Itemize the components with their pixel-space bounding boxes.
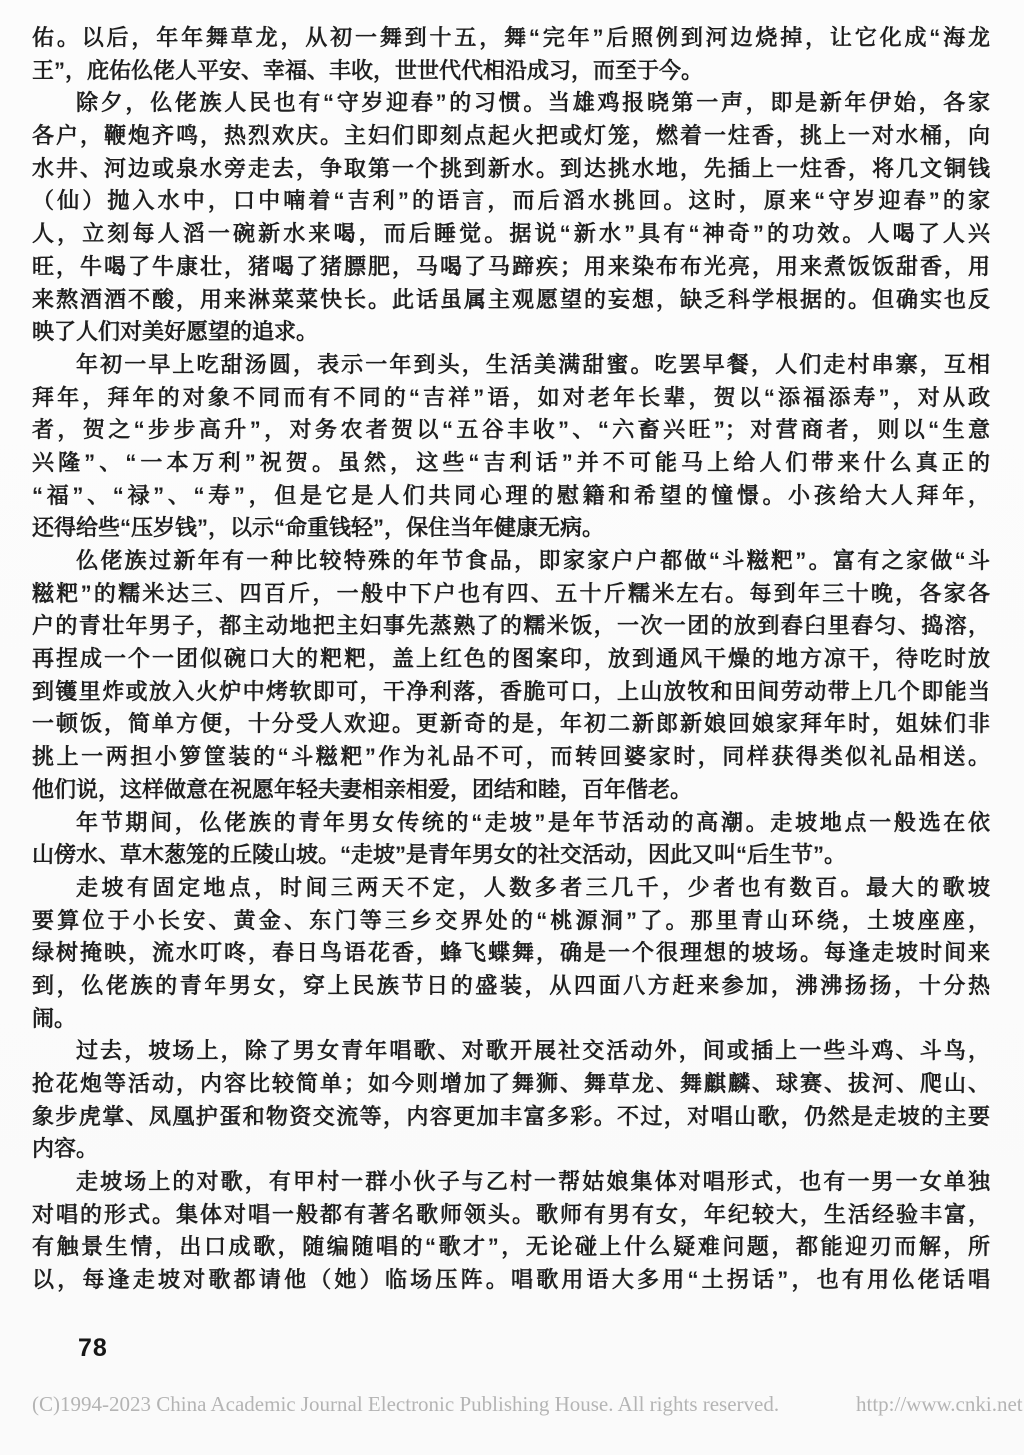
text-line: 过去，坡场上，除了男女青年唱歌、对歌开展社交活动外，间或插上一些斗鸡、斗鸟， bbox=[32, 1035, 990, 1068]
text-line: 还得给些“压岁钱”，以示“命重钱轻”，保住当年健康无病。 bbox=[32, 512, 990, 545]
text-line: 到镬里炸或放入火炉中烤软即可，干净利落，香脆可口，上山放牧和田间劳动带上几个即能… bbox=[32, 676, 990, 709]
text-line: 者，贺之“步步高升”，对务农者贺以“五谷丰收”、“六畜兴旺”；对营商者，则以“生… bbox=[32, 414, 990, 447]
text-line: 人，立刻每人滔一碗新水来喝，而后睡觉。据说“新水”具有“神奇”的功效。人喝了人兴 bbox=[32, 218, 990, 251]
text-line: 各户，鞭炮齐鸣，热烈欢庆。主妇们即刻点起火把或灯笼，燃着一炷香，挑上一对水桶，向 bbox=[32, 120, 990, 153]
text-line: 仫佬族过新年有一种比较特殊的年节食品，即家家户户都做“斗糍粑”。富有之家做“斗 bbox=[32, 545, 990, 578]
text-line: 他们说，这样做意在祝愿年轻夫妻相亲相爱，团结和睦，百年偕老。 bbox=[32, 774, 990, 807]
text-line: 象步虎掌、凤凰护蛋和物资交流等，内容更加丰富多彩。不过，对唱山歌，仍然是走坡的主… bbox=[32, 1101, 990, 1134]
text-line: 年初一早上吃甜汤圆，表示一年到头，生活美满甜蜜。吃罢早餐，人们走村串寨，互相 bbox=[32, 349, 990, 382]
text-line: 来熬酒酒不酸，用来淋菜菜快长。此话虽属主观愿望的妄想，缺乏科学根据的。但确实也反 bbox=[32, 284, 990, 317]
page-body-text: 佑。以后，年年舞草龙，从初一舞到十五，舞“完年”后照例到河边烧掉，让它化成“海龙… bbox=[32, 22, 990, 1297]
text-line: （仙）抛入水中，口中喃着“吉利”的语言，而后滔水挑回。这时，原来“守岁迎春”的家 bbox=[32, 185, 990, 218]
text-line: 有触景生情，出口成歌，随编随唱的“歌才”，无论碰上什么疑难问题，都能迎刃而解，所 bbox=[32, 1231, 990, 1264]
text-line: 再捏成一个一团似碗口大的粑粑，盖上红色的图案印，放到通风干燥的地方凉干，待吃时放 bbox=[32, 643, 990, 676]
page-number: 78 bbox=[78, 1334, 108, 1363]
footer-url: http://www.cnki.net bbox=[856, 1392, 1023, 1417]
text-line: 挑上一两担小箩筐装的“斗糍粑”作为礼品不可，而转回婆家时，同样获得类似礼品相送。 bbox=[32, 741, 990, 774]
text-line: 旺，牛喝了牛康壮，猪喝了猪膘肥，马喝了马蹄疾；用来染布布光亮，用来煮饭饭甜香，用 bbox=[32, 251, 990, 284]
text-line: “福”、“禄”、“寿”，但是它是人们共同心理的慰籍和希望的憧憬。小孩给大人拜年， bbox=[32, 480, 990, 513]
text-line: 抢花炮等活动，内容比较简单；如今则增加了舞狮、舞草龙、舞麒麟、球赛、拔河、爬山、 bbox=[32, 1068, 990, 1101]
scanned-document-page: 佑。以后，年年舞草龙，从初一舞到十五，舞“完年”后照例到河边烧掉，让它化成“海龙… bbox=[0, 0, 1024, 1455]
text-line: 户的青壮年男子，都主动地把主妇事先蒸熟了的糯米饭，一次一团的放到舂臼里舂匀、捣溶… bbox=[32, 610, 990, 643]
text-line: 走坡有固定地点，时间三两天不定，人数多者三几千，少者也有数百。最大的歌坡 bbox=[32, 872, 990, 905]
text-line: 王”，庇佑仫佬人平安、幸福、丰收，世世代代相沿成习，而至于今。 bbox=[32, 55, 990, 88]
text-line: 一顿饭，简单方便，十分受人欢迎。更新奇的是，年初二新郎新娘回娘家拜年时，姐妹们非 bbox=[32, 708, 990, 741]
text-line: 闹。 bbox=[32, 1003, 990, 1036]
text-line: 佑。以后，年年舞草龙，从初一舞到十五，舞“完年”后照例到河边烧掉，让它化成“海龙 bbox=[32, 22, 990, 55]
text-line: 对唱的形式。集体对唱一般都有著名歌师领头。歌师有男有女，年纪较大，生活经验丰富， bbox=[32, 1199, 990, 1232]
text-line: 年节期间，仫佬族的青年男女传统的“走坡”是年节活动的高潮。走坡地点一般选在依 bbox=[32, 807, 990, 840]
text-line: 以，每逢走坡对歌都请他（她）临场压阵。唱歌用语大多用“土拐话”，也有用仫佬话唱 bbox=[32, 1264, 990, 1297]
text-line: 内容。 bbox=[32, 1133, 990, 1166]
text-line: 除夕，仫佬族人民也有“守岁迎春”的习惯。当雄鸡报晓第一声，即是新年伊始，各家 bbox=[32, 87, 990, 120]
text-line: 糍粑”的糯米达三、四百斤，一般中下户也有四、五十斤糯米左右。每到年三十晚，各家各 bbox=[32, 578, 990, 611]
text-line: 山傍水、草木葱笼的丘陵山坡。“走坡”是青年男女的社交活动，因此又叫“后生节”。 bbox=[32, 839, 990, 872]
text-line: 走坡场上的对歌，有甲村一群小伙子与乙村一帮姑娘集体对唱形式，也有一男一女单独 bbox=[32, 1166, 990, 1199]
text-line: 映了人们对美好愿望的追求。 bbox=[32, 316, 990, 349]
text-line: 水井、河边或泉水旁走去，争取第一个挑到新水。到达挑水地，先插上一炷香，将几文铜钱 bbox=[32, 153, 990, 186]
text-line: 兴隆”、“一本万利”祝贺。虽然，这些“吉利话”并不可能马上给人们带来什么真正的 bbox=[32, 447, 990, 480]
text-line: 要算位于小长安、黄金、东门等三乡交界处的“桃源洞”了。那里青山环绕，土坡座座， bbox=[32, 905, 990, 938]
text-line: 绿树掩映，流水叮咚，春日鸟语花香，蜂飞蝶舞，确是一个很理想的坡场。每逢走坡时间来 bbox=[32, 937, 990, 970]
footer-copyright: (C)1994-2023 China Academic Journal Elec… bbox=[32, 1392, 779, 1417]
text-line: 到，仫佬族的青年男女，穿上民族节日的盛装，从四面八方赶来参加，沸沸扬扬，十分热 bbox=[32, 970, 990, 1003]
text-line: 拜年，拜年的对象不同而有不同的“吉祥”语，如对老年长辈，贺以“添福添寿”，对从政 bbox=[32, 382, 990, 415]
